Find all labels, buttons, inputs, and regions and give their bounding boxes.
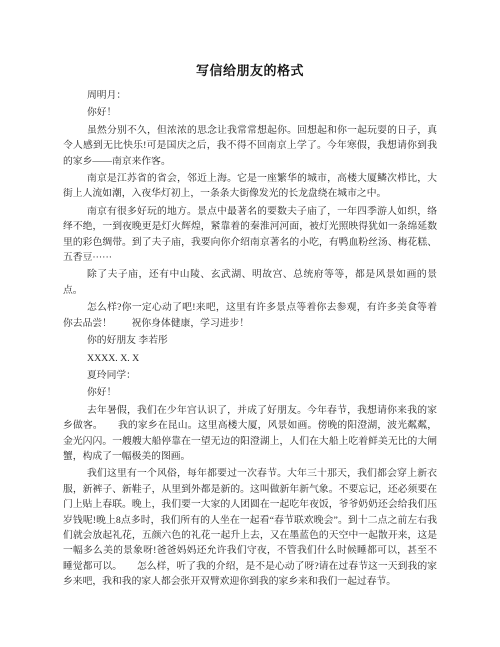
document-title: 写信给朋友的格式 xyxy=(63,62,437,79)
letter1-paragraph: 南京是江苏省的省会，邻近上海。它是一座繁华的城市，高楼大厦鳞次栉比，大街上人流如… xyxy=(63,171,437,202)
letter1-paragraph: 南京有很多好玩的地方。景点中最著名的要数夫子庙了，一年四季游人如织，络绎不绝，一… xyxy=(63,204,437,266)
letter2-paragraph: 我们这里有一个风俗，每年都要过一次春节。大年三十那天，我们都会穿上新衣服，新裤子… xyxy=(63,466,437,589)
letter1-paragraph: 虽然分别不久，但浓浓的思念让我常常想起你。回想起和你一起玩耍的日子，真令人感到无… xyxy=(63,123,437,169)
letter1-salutation: 周明月： xyxy=(63,88,437,103)
letter2-greeting: 你好！ xyxy=(63,385,437,400)
letter2-salutation: 夏玲同学： xyxy=(63,368,437,383)
document-page: 写信给朋友的格式 周明月： 你好！ 虽然分别不久，但浓浓的思念让我常常想起你。回… xyxy=(0,0,500,647)
letter1-paragraph: 除了夫子庙，还有中山陵、玄武湖、明故宫、总统府等等，都是风景如画的景点。 xyxy=(63,267,437,298)
document-body: 写信给朋友的格式 周明月： 你好！ 虽然分别不久，但浓浓的思念让我常常想起你。回… xyxy=(63,62,437,592)
letter2-paragraph: 去年暑假，我们在少年宫认识了，并成了好朋友。今年春节，我想请你来我的家乡做客。 … xyxy=(63,403,437,465)
letter1-greeting: 你好！ xyxy=(63,105,437,120)
letter1-date: XXXX. X. X xyxy=(63,351,437,366)
letter1-signature: 你的好朋友 李若彤 xyxy=(63,333,437,348)
letter1-paragraph: 怎么样?你一定心动了吧!来吧，这里有许多景点等着你去参观，有许多美食等着你去品尝… xyxy=(63,300,437,331)
